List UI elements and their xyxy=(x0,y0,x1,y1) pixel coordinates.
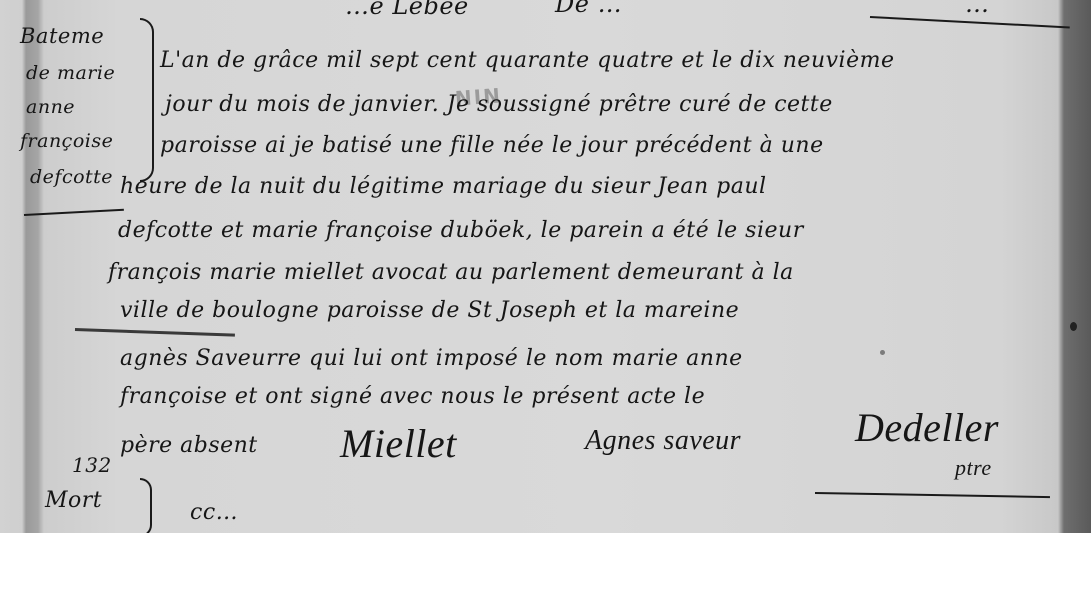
body-line-2: jour du mois de janvier. Je soussigné pr… xyxy=(165,92,833,117)
top-fragment-2: De … xyxy=(555,0,622,18)
next-entry-label: Mort xyxy=(45,490,102,512)
body-line-7: ville de boulogne paroisse de St Joseph … xyxy=(120,298,739,323)
next-entry-brace xyxy=(140,478,152,533)
body-line-1: L'an de grâce mil sept cent quarante qua… xyxy=(160,48,894,73)
body-line-3: paroisse ai je batisé une fille née le j… xyxy=(160,133,824,158)
signature-miellet: Miellet xyxy=(340,420,457,467)
margin-line-1: Bateme xyxy=(20,26,104,47)
blank-area xyxy=(0,533,1091,600)
entry-brace xyxy=(140,18,154,182)
margin-line-5: defcotte xyxy=(30,168,113,187)
body-line-5: defcotte et marie françoise duböek, le p… xyxy=(118,218,804,243)
body-line-4: heure de la nuit du légitime mariage du … xyxy=(120,174,767,199)
signature-priest: Dedeller xyxy=(855,404,999,451)
body-line-10: père absent xyxy=(120,433,258,458)
ink-blot xyxy=(880,350,885,355)
top-fragment-1: …e Lebee xyxy=(345,0,469,20)
margin-line-3: anne xyxy=(26,98,75,117)
body-line-6: françois marie miellet avocat au parleme… xyxy=(108,260,794,285)
margin-separator xyxy=(75,328,235,337)
margin-line-2: de marie xyxy=(26,64,115,83)
body-line-9: françoise et ont signé avec nous le prés… xyxy=(120,384,705,409)
margin-underline xyxy=(24,209,124,216)
signature-priest-title: ptre xyxy=(955,455,992,481)
signature-agnes-saveur: Agnes saveur xyxy=(585,425,741,457)
register-scan: …e Lebee De … … Bateme de marie anne fra… xyxy=(0,0,1091,533)
next-entry-number: 132 xyxy=(72,455,112,475)
margin-line-4: françoise xyxy=(20,132,113,151)
next-entry-start: cc… xyxy=(190,500,238,525)
ink-blot xyxy=(1070,322,1077,331)
body-line-8: agnès Saveurre qui lui ont imposé le nom… xyxy=(120,346,743,371)
top-fragment-3: … xyxy=(965,0,990,18)
signature-underline xyxy=(815,492,1050,498)
